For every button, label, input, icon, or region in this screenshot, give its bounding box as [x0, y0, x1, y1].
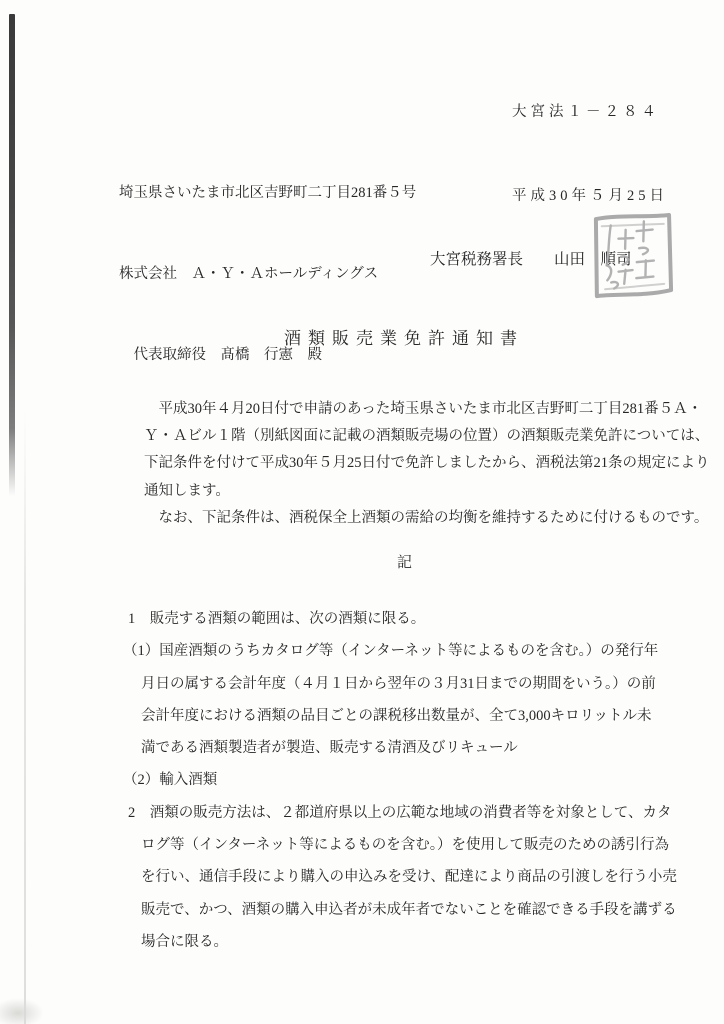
docket-number: 大宮法１－２８４ [512, 98, 668, 126]
condition-line: 会計年度における酒類の品目ごとの課税移出数量が、全て3,000キロリットル未 [112, 700, 677, 732]
condition-line: （1）国産酒類のうちカタログ等（インターネット等によるものを含む。）の発行年 [112, 635, 677, 667]
condition-line: 月日の属する会計年度（４月１日から翌年の３月31日までの期間をいう。）の前 [112, 668, 677, 700]
condition-line: ログ等（インターネット等によるものを含む。）を使用して販売のための誘引行為 [112, 829, 677, 861]
condition-line: （2）輸入酒類 [112, 764, 677, 796]
condition-line: 満である酒類製造者が製造、販売する清酒及びリキュール [112, 732, 677, 764]
body-line: 通知します。 [144, 478, 710, 505]
body-line: 下記条件を付けて平成30年５月25日付で免許しましたから、酒税法第21条の規定に… [144, 450, 710, 477]
section-marker: 記 [397, 551, 412, 572]
recipient-block: 埼玉県さいたま市北区吉野町二丁目281番５号 株式会社 Ａ・Ｙ・Ａホールディング… [119, 126, 416, 423]
scan-smudge [0, 998, 44, 1024]
body-line: 平成30年４月20日付で申請のあった埼玉県さいたま市北区吉野町二丁目281番５Ａ… [144, 396, 710, 423]
recipient-address: 埼玉県さいたま市北区吉野町二丁目281番５号 [119, 180, 416, 207]
document-title: 酒類販売業免許通知書 [284, 324, 524, 349]
recipient-company: 株式会社 Ａ・Ｙ・Ａホールディングス [119, 261, 416, 288]
scan-binding-line [9, 14, 15, 496]
body-paragraph: 平成30年４月20日付で申請のあった埼玉県さいたま市北区吉野町二丁目281番５Ａ… [144, 396, 710, 532]
condition-line: 場合に限る。 [112, 926, 677, 958]
condition-line: 1 販売する酒類の範囲は、次の酒類に限る。 [112, 603, 677, 635]
body-line: なお、下記条件は、酒税保全上酒類の需給の均衡を維持するために付けるものです。 [144, 505, 710, 532]
conditions-list: 1 販売する酒類の範囲は、次の酒類に限る。（1）国産酒類のうちカタログ等（インタ… [112, 603, 677, 958]
body-line: Ｙ・Ａビル１階（別紙図面に記載の酒類販売場の位置）の酒類販売業免許については、 [144, 423, 710, 450]
condition-line: を行い、通信手段により購入の申込みを受け、配達により商品の引渡しを行う小売 [112, 861, 677, 893]
scan-faint-line [24, 410, 26, 1024]
condition-line: 販売で、かつ、酒類の購入申込者が未成年者でないことを確認できる手段を講ずる [112, 894, 677, 926]
scanned-document-page: 大宮法１－２８４ 平成30年５月25日 埼玉県さいたま市北区吉野町二丁目281番… [0, 0, 724, 1024]
official-seal-icon [584, 205, 680, 303]
condition-line: 2 酒類の販売方法は、２都道府県以上の広範な地域の消費者等を対象として、カタ [112, 797, 677, 829]
